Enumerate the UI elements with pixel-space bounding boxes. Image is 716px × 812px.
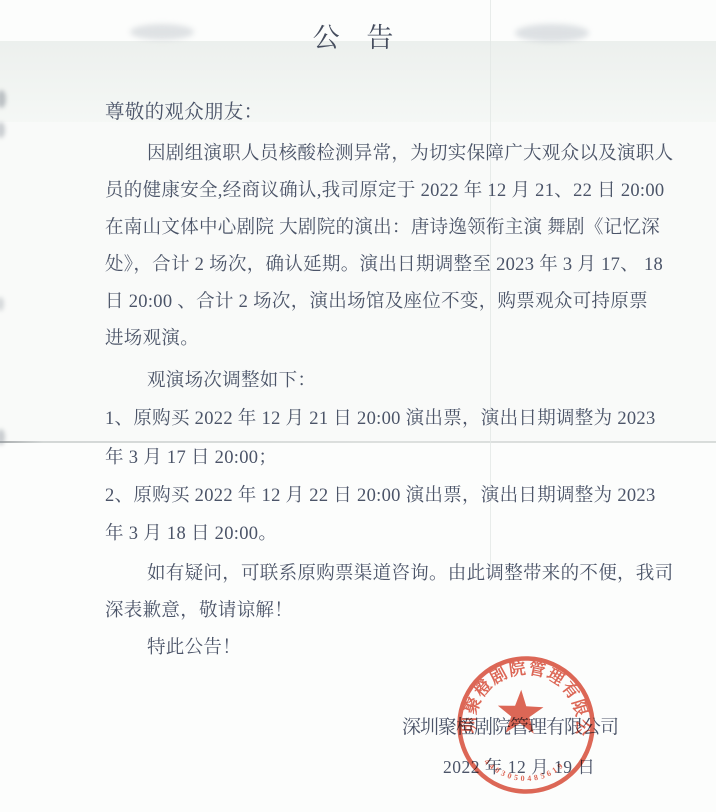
document-title: 公 告: [0, 16, 716, 55]
body-line: 日 20:00 、合计 2 场次，演出场馆及座位不变，购票观众可持原票: [105, 287, 648, 313]
body-line: 在南山文体中心剧院 大剧院的演出：唐诗逸领衔主演 舞剧《记忆深: [105, 213, 660, 239]
body-line: 因剧组演职人员核酸检测异常，为切实保障广大观众以及演职人: [147, 139, 673, 165]
body-line: 员的健康安全,经商议确认,我司原定于 2022 年 12 月 21、22 日 2…: [105, 176, 664, 202]
body-line: 年 3 月 18 日 20:00。: [105, 519, 277, 545]
body-line: 进场观演。: [105, 324, 199, 350]
company-seal: 深圳聚橙剧院管理有限公司 4403050485619: [449, 647, 602, 802]
seal-serial-arc-text: 4403050485619: [482, 757, 567, 785]
body-line: 观演场次调整如下：: [147, 366, 316, 392]
greeting-line: 尊敬的观众朋友：: [105, 96, 263, 124]
scan-band-artifact: [0, 122, 716, 442]
body-line: 深表歉意，敬请谅解！: [105, 596, 293, 622]
body-line: 1、原购买 2022 年 12 月 21 日 20:00 演出票，演出日期调整为…: [105, 404, 656, 430]
body-line: 处》，合计 2 场次，确认延期。演出日期调整至 2023 年 3 月 17、 1…: [105, 250, 663, 276]
body-line: 特此公告！: [147, 633, 241, 659]
seal-star-icon: [497, 689, 544, 734]
announcement-page: 公 告 尊敬的观众朋友： 因剧组演职人员核酸检测异常，为切实保障广大观众以及演职…: [0, 0, 716, 812]
body-line: 如有疑问，可联系原购票渠道咨询。由此调整带来的不便，我司: [147, 559, 673, 585]
body-line: 年 3 月 17 日 20:00；: [105, 443, 277, 469]
body-line: 2、原购买 2022 年 12 月 22 日 20:00 演出票，演出日期调整为…: [105, 481, 656, 507]
